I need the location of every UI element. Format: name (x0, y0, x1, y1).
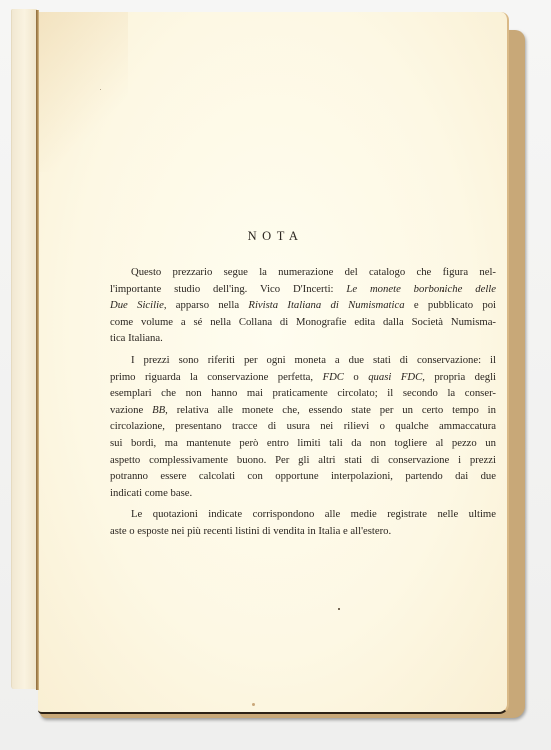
italic-text: quasi FDC (368, 371, 422, 383)
paragraph-1: Questo prezzario segue la numerazione de… (110, 264, 496, 347)
paper-speck (100, 89, 101, 90)
text-line: tica Italiana. (110, 330, 496, 347)
italic-text: BB (152, 404, 165, 416)
paragraph-3: Le quotazioni indicate corrispondono all… (110, 506, 496, 539)
paper-speck (338, 608, 340, 610)
paragraph-2: I prezzi sono riferiti per ogni moneta a… (110, 352, 496, 501)
italic-text: Due Sicilie (110, 299, 164, 311)
text-line: Questo prezzario segue la numerazione de… (110, 264, 496, 281)
scan-background: NOTA Questo prezzario segue la numerazio… (0, 0, 551, 750)
text-line: indicati come base. (110, 485, 496, 502)
text-line: circolazione, presentano tracce di usura… (110, 418, 496, 435)
paper-speck (252, 703, 255, 706)
text-line: come volume a sé nella Collana di Monogr… (110, 314, 496, 331)
text-line: Due Sicilie, apparso nella Rivista Itali… (110, 297, 496, 314)
spine-fold-line (36, 10, 39, 690)
text-line: sui bordi, ma mantenute però entro limit… (110, 435, 496, 452)
booklet-spine (11, 9, 37, 689)
italic-text: FDC (323, 371, 344, 383)
text-line: aste o esposte nei più recenti listini d… (110, 523, 496, 540)
page-title: NOTA (0, 229, 551, 244)
text-line: primo riguarda la conservazione perfetta… (110, 369, 496, 386)
text-line: l'importante studio dell'ing. Vico D'Inc… (110, 281, 496, 298)
text-line: I prezzi sono riferiti per ogni moneta a… (110, 352, 496, 369)
text-line: vazione BB, relativa alle monete che, es… (110, 402, 496, 419)
text-line: potranno essere calcolati con opportune … (110, 468, 496, 485)
body-text: Questo prezzario segue la numerazione de… (110, 264, 496, 540)
italic-text: Rivista Italiana di Numismatica (248, 299, 404, 311)
text-line: esemplari che non hanno mai praticamente… (110, 385, 496, 402)
italic-text: Le monete borboniche delle (346, 283, 496, 295)
text-line: aspetto complessivamente buono. Per gli … (110, 452, 496, 469)
paper-speck (442, 290, 444, 292)
text-line: Le quotazioni indicate corrispondono all… (110, 506, 496, 523)
